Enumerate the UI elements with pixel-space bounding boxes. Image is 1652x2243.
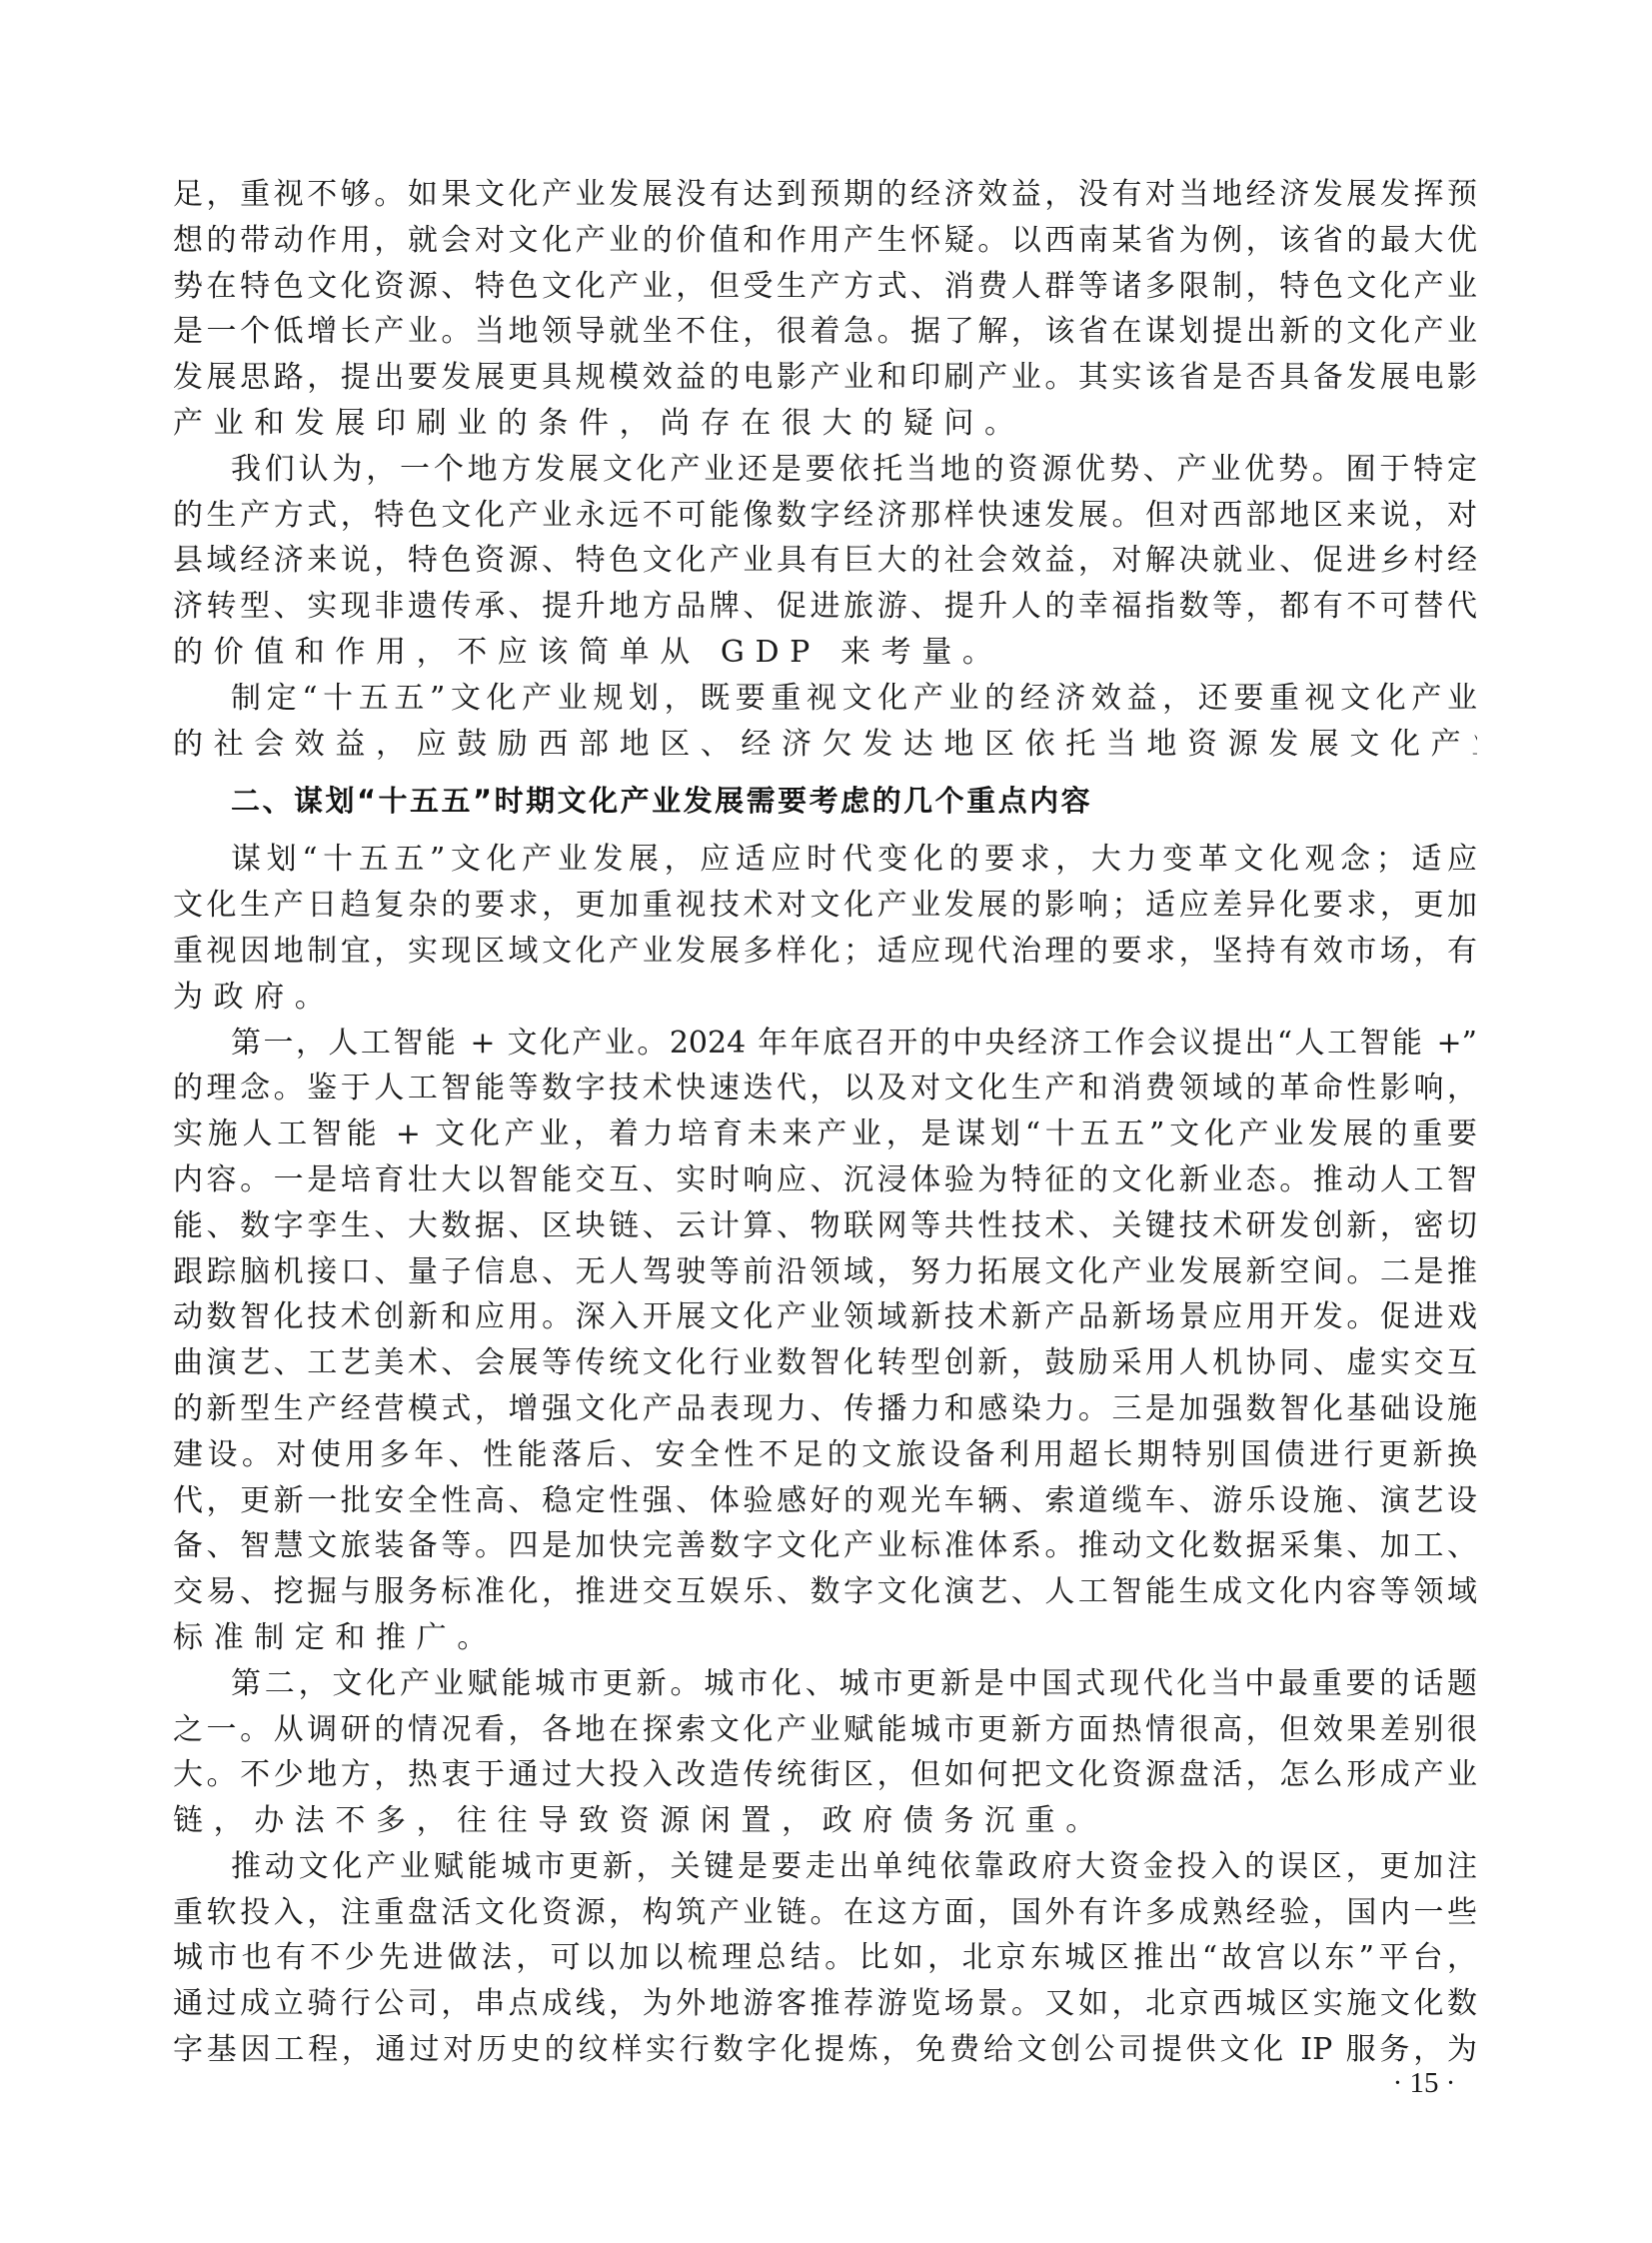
paragraph: 第一，人工智能 + 文化产业。2024 年年底召开的中央经济工作会议提出“人工智… [173, 1021, 1477, 1661]
text-line: 文化生产日趋复杂的要求，更加重视技术对文化产业发展的影响；适应差异化要求，更加 [173, 883, 1477, 929]
text-line: 制定“十五五”文化产业规划，既要重视文化产业的经济效益，还要重视文化产业 [173, 676, 1477, 722]
text-line: 的社会效益，应鼓励西部地区、经济欠发达地区依托当地资源发展文化产业的信心。 [173, 722, 1477, 768]
paragraph: 推动文化产业赋能城市更新，关键是要走出单纯依靠政府大资金投入的误区，更加注 重软… [173, 1844, 1477, 2073]
text-line: 之一。从调研的情况看，各地在探索文化产业赋能城市更新方面热情很高，但效果差别很 [173, 1707, 1477, 1753]
text-line: 济转型、实现非遗传承、提升地方品牌、促进旅游、提升人的幸福指数等，都有不可替代 [173, 584, 1477, 630]
text-line: 足，重视不够。如果文化产业发展没有达到预期的经济效益，没有对当地经济发展发挥预 [173, 172, 1477, 218]
text-line: 跟踪脑机接口、量子信息、无人驾驶等前沿领域，努力拓展文化产业发展新空间。二是推 [173, 1249, 1477, 1295]
text-line: 第一，人工智能 + 文化产业。2024 年年底召开的中央经济工作会议提出“人工智… [173, 1021, 1477, 1067]
text-line: 推动文化产业赋能城市更新，关键是要走出单纯依靠政府大资金投入的误区，更加注 [173, 1844, 1477, 1890]
text-line: 实施人工智能 + 文化产业，着力培育未来产业，是谋划“十五五”文化产业发展的重要 [173, 1112, 1477, 1157]
paragraph: 第二，文化产业赋能城市更新。城市化、城市更新是中国式现代化当中最重要的话题 之一… [173, 1661, 1477, 1844]
paragraph: 足，重视不够。如果文化产业发展没有达到预期的经济效益，没有对当地经济发展发挥预 … [173, 172, 1477, 447]
document-page: 足，重视不够。如果文化产业发展没有达到预期的经济效益，没有对当地经济发展发挥预 … [0, 0, 1652, 2243]
paragraph: 谋划“十五五”文化产业发展，应适应时代变化的要求，大力变革文化观念；适应 文化生… [173, 837, 1477, 1020]
paragraph: 我们认为，一个地方发展文化产业还是要依托当地的资源优势、产业优势。囿于特定 的生… [173, 447, 1477, 676]
text-line: 交易、挖掘与服务标准化，推进交互娱乐、数字文化演艺、人工智能生成文化内容等领域 [173, 1569, 1477, 1615]
text-line: 字基因工程，通过对历史的纹样实行数字化提炼，免费给文创公司提供文化 IP 服务，… [173, 2027, 1477, 2073]
text-line: 建设。对使用多年、性能落后、安全性不足的文旅设备利用超长期特别国债进行更新换 [173, 1432, 1477, 1478]
text-line: 曲演艺、工艺美术、会展等传统文化行业数智化转型创新，鼓励采用人机协同、虚实交互 [173, 1340, 1477, 1386]
text-line: 的理念。鉴于人工智能等数字技术快速迭代，以及对文化生产和消费领域的革命性影响， [173, 1066, 1477, 1112]
text-line: 发展思路，提出要发展更具规模效益的电影产业和印刷产业。其实该省是否具备发展电影 [173, 355, 1477, 401]
text-line: 的生产方式，特色文化产业永远不可能像数字经济那样快速发展。但对西部地区来说，对 [173, 493, 1477, 539]
text-line: 城市也有不少先进做法，可以加以梳理总结。比如，北京东城区推出“故宫以东”平台， [173, 1935, 1477, 1981]
text-line: 的新型生产经营模式，增强文化产品表现力、传播力和感染力。三是加强数智化基础设施 [173, 1386, 1477, 1432]
section-heading: 二、谋划“十五五”时期文化产业发展需要考虑的几个重点内容 [173, 779, 1477, 823]
text-line: 势在特色文化资源、特色文化产业，但受生产方式、消费人群等诸多限制，特色文化产业 [173, 264, 1477, 310]
paragraph: 制定“十五五”文化产业规划，既要重视文化产业的经济效益，还要重视文化产业 的社会… [173, 676, 1477, 768]
text-line: 第二，文化产业赋能城市更新。城市化、城市更新是中国式现代化当中最重要的话题 [173, 1661, 1477, 1707]
text-line: 内容。一是培育壮大以智能交互、实时响应、沉浸体验为特征的文化新业态。推动人工智 [173, 1157, 1477, 1203]
text-line: 重软投入，注重盘活文化资源，构筑产业链。在这方面，国外有许多成熟经验，国内一些 [173, 1890, 1477, 1936]
text-line: 县域经济来说，特色资源、特色文化产业具有巨大的社会效益，对解决就业、促进乡村经 [173, 538, 1477, 584]
text-line: 谋划“十五五”文化产业发展，应适应时代变化的要求，大力变革文化观念；适应 [173, 837, 1477, 883]
text-line: 链，办法不多，往往导致资源闲置，政府债务沉重。 [173, 1798, 1477, 1844]
text-line: 动数智化技术创新和应用。深入开展文化产业领域新技术新产品新场景应用开发。促进戏 [173, 1294, 1477, 1340]
text-line: 大。不少地方，热衷于通过大投入改造传统街区，但如何把文化资源盘活，怎么形成产业 [173, 1752, 1477, 1798]
text-line: 能、数字孪生、大数据、区块链、云计算、物联网等共性技术、关键技术研发创新，密切 [173, 1203, 1477, 1249]
text-line: 是一个低增长产业。当地领导就坐不住，很着急。据了解，该省在谋划提出新的文化产业 [173, 309, 1477, 355]
text-line: 标准制定和推广。 [173, 1615, 1477, 1661]
page-number: · 15 · [1384, 2067, 1464, 2100]
text-line: 想的带动作用，就会对文化产业的价值和作用产生怀疑。以西南某省为例，该省的最大优 [173, 218, 1477, 264]
text-line: 重视因地制宜，实现区域文化产业发展多样化；适应现代治理的要求，坚持有效市场，有 [173, 929, 1477, 975]
text-line: 代，更新一批安全性高、稳定性强、体验感好的观光车辆、索道缆车、游乐设施、演艺设 [173, 1478, 1477, 1524]
text-line: 为政府。 [173, 975, 1477, 1021]
text-line: 备、智慧文旅装备等。四是加快完善数字文化产业标准体系。推动文化数据采集、加工、 [173, 1523, 1477, 1569]
text-line: 我们认为，一个地方发展文化产业还是要依托当地的资源优势、产业优势。囿于特定 [173, 447, 1477, 493]
text-line: 的价值和作用，不应该简单从 GDP 来考量。 [173, 630, 1477, 676]
text-line: 通过成立骑行公司，串点成线，为外地游客推荐游览场景。又如，北京西城区实施文化数 [173, 1981, 1477, 2027]
body-text: 足，重视不够。如果文化产业发展没有达到预期的经济效益，没有对当地经济发展发挥预 … [173, 172, 1477, 2073]
text-line: 产业和发展印刷业的条件，尚存在很大的疑问。 [173, 401, 1477, 447]
